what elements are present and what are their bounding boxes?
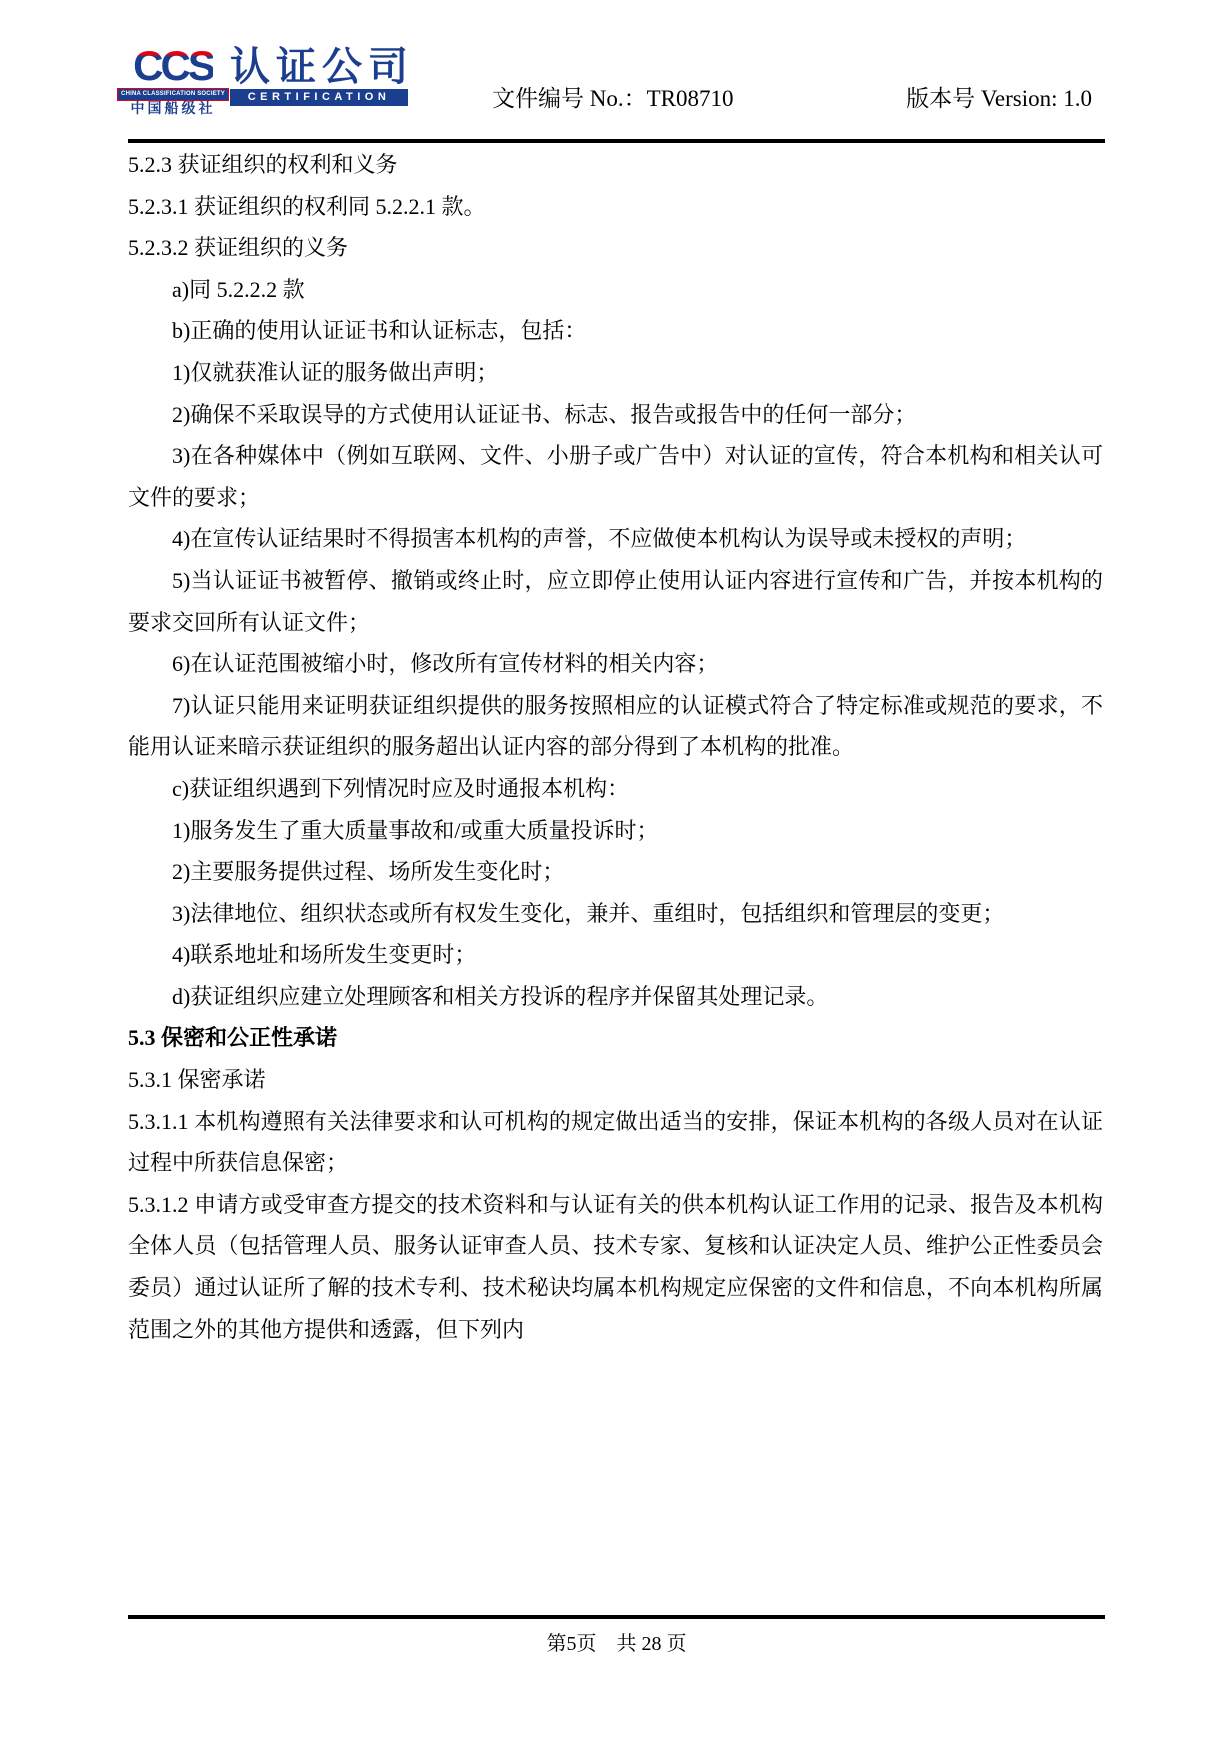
document-page: CCS CHINA CLASSIFICATION SOCIETY 中国船级社 认…	[0, 0, 1232, 1743]
paragraph: 1)服务发生了重大质量事故和/或重大质量投诉时；	[128, 810, 1103, 852]
paragraph: 4)联系地址和场所发生变更时；	[128, 934, 1103, 976]
ccs-logo-text: CCS	[133, 46, 213, 86]
ccs-society-cn-label: 中国船级社	[131, 102, 216, 118]
document-meta: 文件编号 No.：TR08710 版本号 Version: 1.0	[492, 80, 1092, 113]
paragraph: 5.2.3.1 获证组织的权利同 5.2.2.1 款。	[128, 186, 1103, 228]
paragraph: 5.3.1.2 申请方或受审查方提交的技术资料和与认证有关的供本机构认证工作用的…	[128, 1184, 1103, 1350]
paragraph: d)获证组织应建立处理顾客和相关方投诉的程序并保留其处理记录。	[128, 976, 1103, 1018]
logo-company-name: 认证公司	[230, 46, 414, 88]
document-body: 5.2.3 获证组织的权利和义务5.2.3.1 获证组织的权利同 5.2.2.1…	[128, 144, 1103, 1350]
paragraph: 6)在认证范围被缩小时，修改所有宣传材料的相关内容；	[128, 643, 1103, 685]
ccs-logo: CCS CHINA CLASSIFICATION SOCIETY 中国船级社 认…	[130, 46, 414, 118]
section-heading: 5.3 保密和公正性承诺	[128, 1017, 1103, 1059]
paragraph: 5)当认证证书被暂停、撤销或终止时，应立即停止使用认证内容进行宣传和广告，并按本…	[128, 560, 1103, 643]
paragraph: 2)确保不采取误导的方式使用认证证书、标志、报告或报告中的任何一部分；	[128, 394, 1103, 436]
paragraph: b)正确的使用认证证书和认证标志，包括：	[128, 310, 1103, 352]
paragraph: 1)仅就获准认证的服务做出声明；	[128, 352, 1103, 394]
paragraph: 5.2.3.2 获证组织的义务	[128, 227, 1103, 269]
logo-certification-bar: CERTIFICATION	[230, 89, 408, 106]
ccs-logo-left: CCS CHINA CLASSIFICATION SOCIETY 中国船级社	[130, 46, 216, 118]
paragraph: a)同 5.2.2.2 款	[128, 269, 1103, 311]
ccs-logo-right: 认证公司 CERTIFICATION	[230, 46, 414, 106]
paragraph: 5.3.1 保密承诺	[128, 1059, 1103, 1101]
paragraph: 4)在宣传认证结果时不得损害本机构的声誉，不应做使本机构认为误导或未授权的声明；	[128, 518, 1103, 560]
ccs-society-en-label: CHINA CLASSIFICATION SOCIETY	[117, 88, 229, 101]
paragraph: 7)认证只能用来证明获证组织提供的服务按照相应的认证模式符合了特定标准或规范的要…	[128, 685, 1103, 768]
paragraph: 5.3.1.1 本机构遵照有关法律要求和认可机构的规定做出适当的安排，保证本机构…	[128, 1101, 1103, 1184]
paragraph: 5.2.3 获证组织的权利和义务	[128, 144, 1103, 186]
paragraph: 3)在各种媒体中（例如互联网、文件、小册子或广告中）对认证的宣传，符合本机构和相…	[128, 435, 1103, 518]
doc-number-label: 文件编号 No.：TR08710	[492, 80, 734, 113]
page-header: CCS CHINA CLASSIFICATION SOCIETY 中国船级社 认…	[0, 0, 1232, 144]
paragraph: c)获证组织遇到下列情况时应及时通报本机构：	[128, 768, 1103, 810]
doc-version-label: 版本号 Version: 1.0	[906, 80, 1092, 113]
paragraph: 3)法律地位、组织状态或所有权发生变化，兼并、重组时，包括组织和管理层的变更；	[128, 893, 1103, 935]
footer-rule	[128, 1615, 1105, 1619]
header-rule	[128, 139, 1105, 143]
paragraph: 2)主要服务提供过程、场所发生变化时；	[128, 851, 1103, 893]
page-number: 第5页 共 28 页	[128, 1628, 1105, 1660]
